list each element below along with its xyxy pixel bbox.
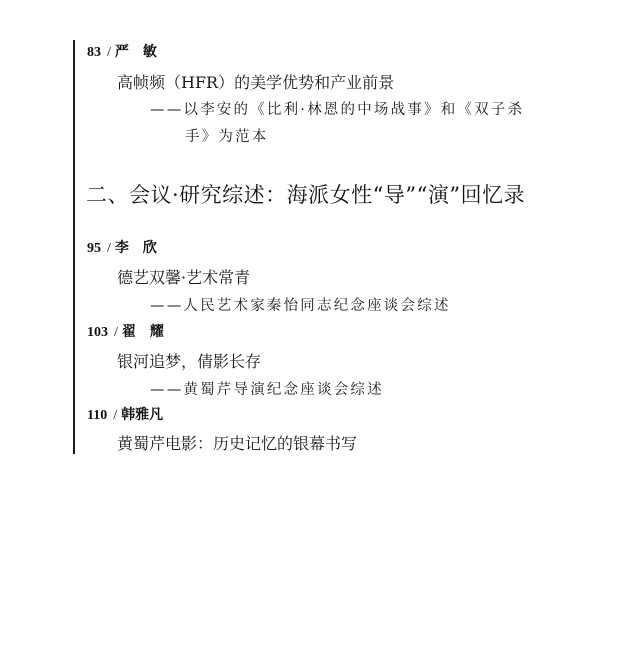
section-heading: 二、会议·研究综述：海派女性“导”“演”回忆录 xyxy=(86,181,525,209)
author-name: 李 欣 xyxy=(115,241,157,256)
article-title[interactable]: 德艺双馨·艺术常青 xyxy=(117,268,250,288)
toc-entry-header: 103/翟 耀 xyxy=(87,325,164,341)
toc-entry-header: 95/李 欣 xyxy=(87,241,157,257)
article-subtitle: ——人民艺术家秦怡同志纪念座谈会综述 xyxy=(150,296,451,316)
table-of-contents-page: 83/严 敏 高帧频（HFR）的美学优势和产业前景 ——以李安的《比利·林恩的中… xyxy=(0,0,639,670)
article-subtitle: ——以李安的《比利·林恩的中场战事》和《双子杀 xyxy=(150,100,524,120)
page-number: 110 xyxy=(87,408,107,423)
author-name: 严 敏 xyxy=(115,45,157,60)
separator-slash: / xyxy=(107,241,111,256)
page-number: 83 xyxy=(87,45,101,60)
article-title[interactable]: 高帧频（HFR）的美学优势和产业前景 xyxy=(117,73,394,93)
separator-slash: / xyxy=(114,325,118,340)
article-subtitle-continued: 手》为范本 xyxy=(185,127,269,147)
page-number: 95 xyxy=(87,241,101,256)
article-title[interactable]: 银河追梦，倩影长存 xyxy=(117,352,261,372)
toc-entry-header: 110/韩雅凡 xyxy=(87,408,163,424)
page-number: 103 xyxy=(87,325,108,340)
author-name: 韩雅凡 xyxy=(121,408,163,423)
author-name: 翟 耀 xyxy=(122,325,164,340)
separator-slash: / xyxy=(113,408,117,423)
article-subtitle: ——黄蜀芹导演纪念座谈会综述 xyxy=(150,380,384,400)
left-vertical-rule xyxy=(73,40,75,454)
toc-entry-header: 83/严 敏 xyxy=(87,45,157,61)
separator-slash: / xyxy=(107,45,111,60)
article-title[interactable]: 黄蜀芹电影：历史记忆的银幕书写 xyxy=(117,434,357,454)
